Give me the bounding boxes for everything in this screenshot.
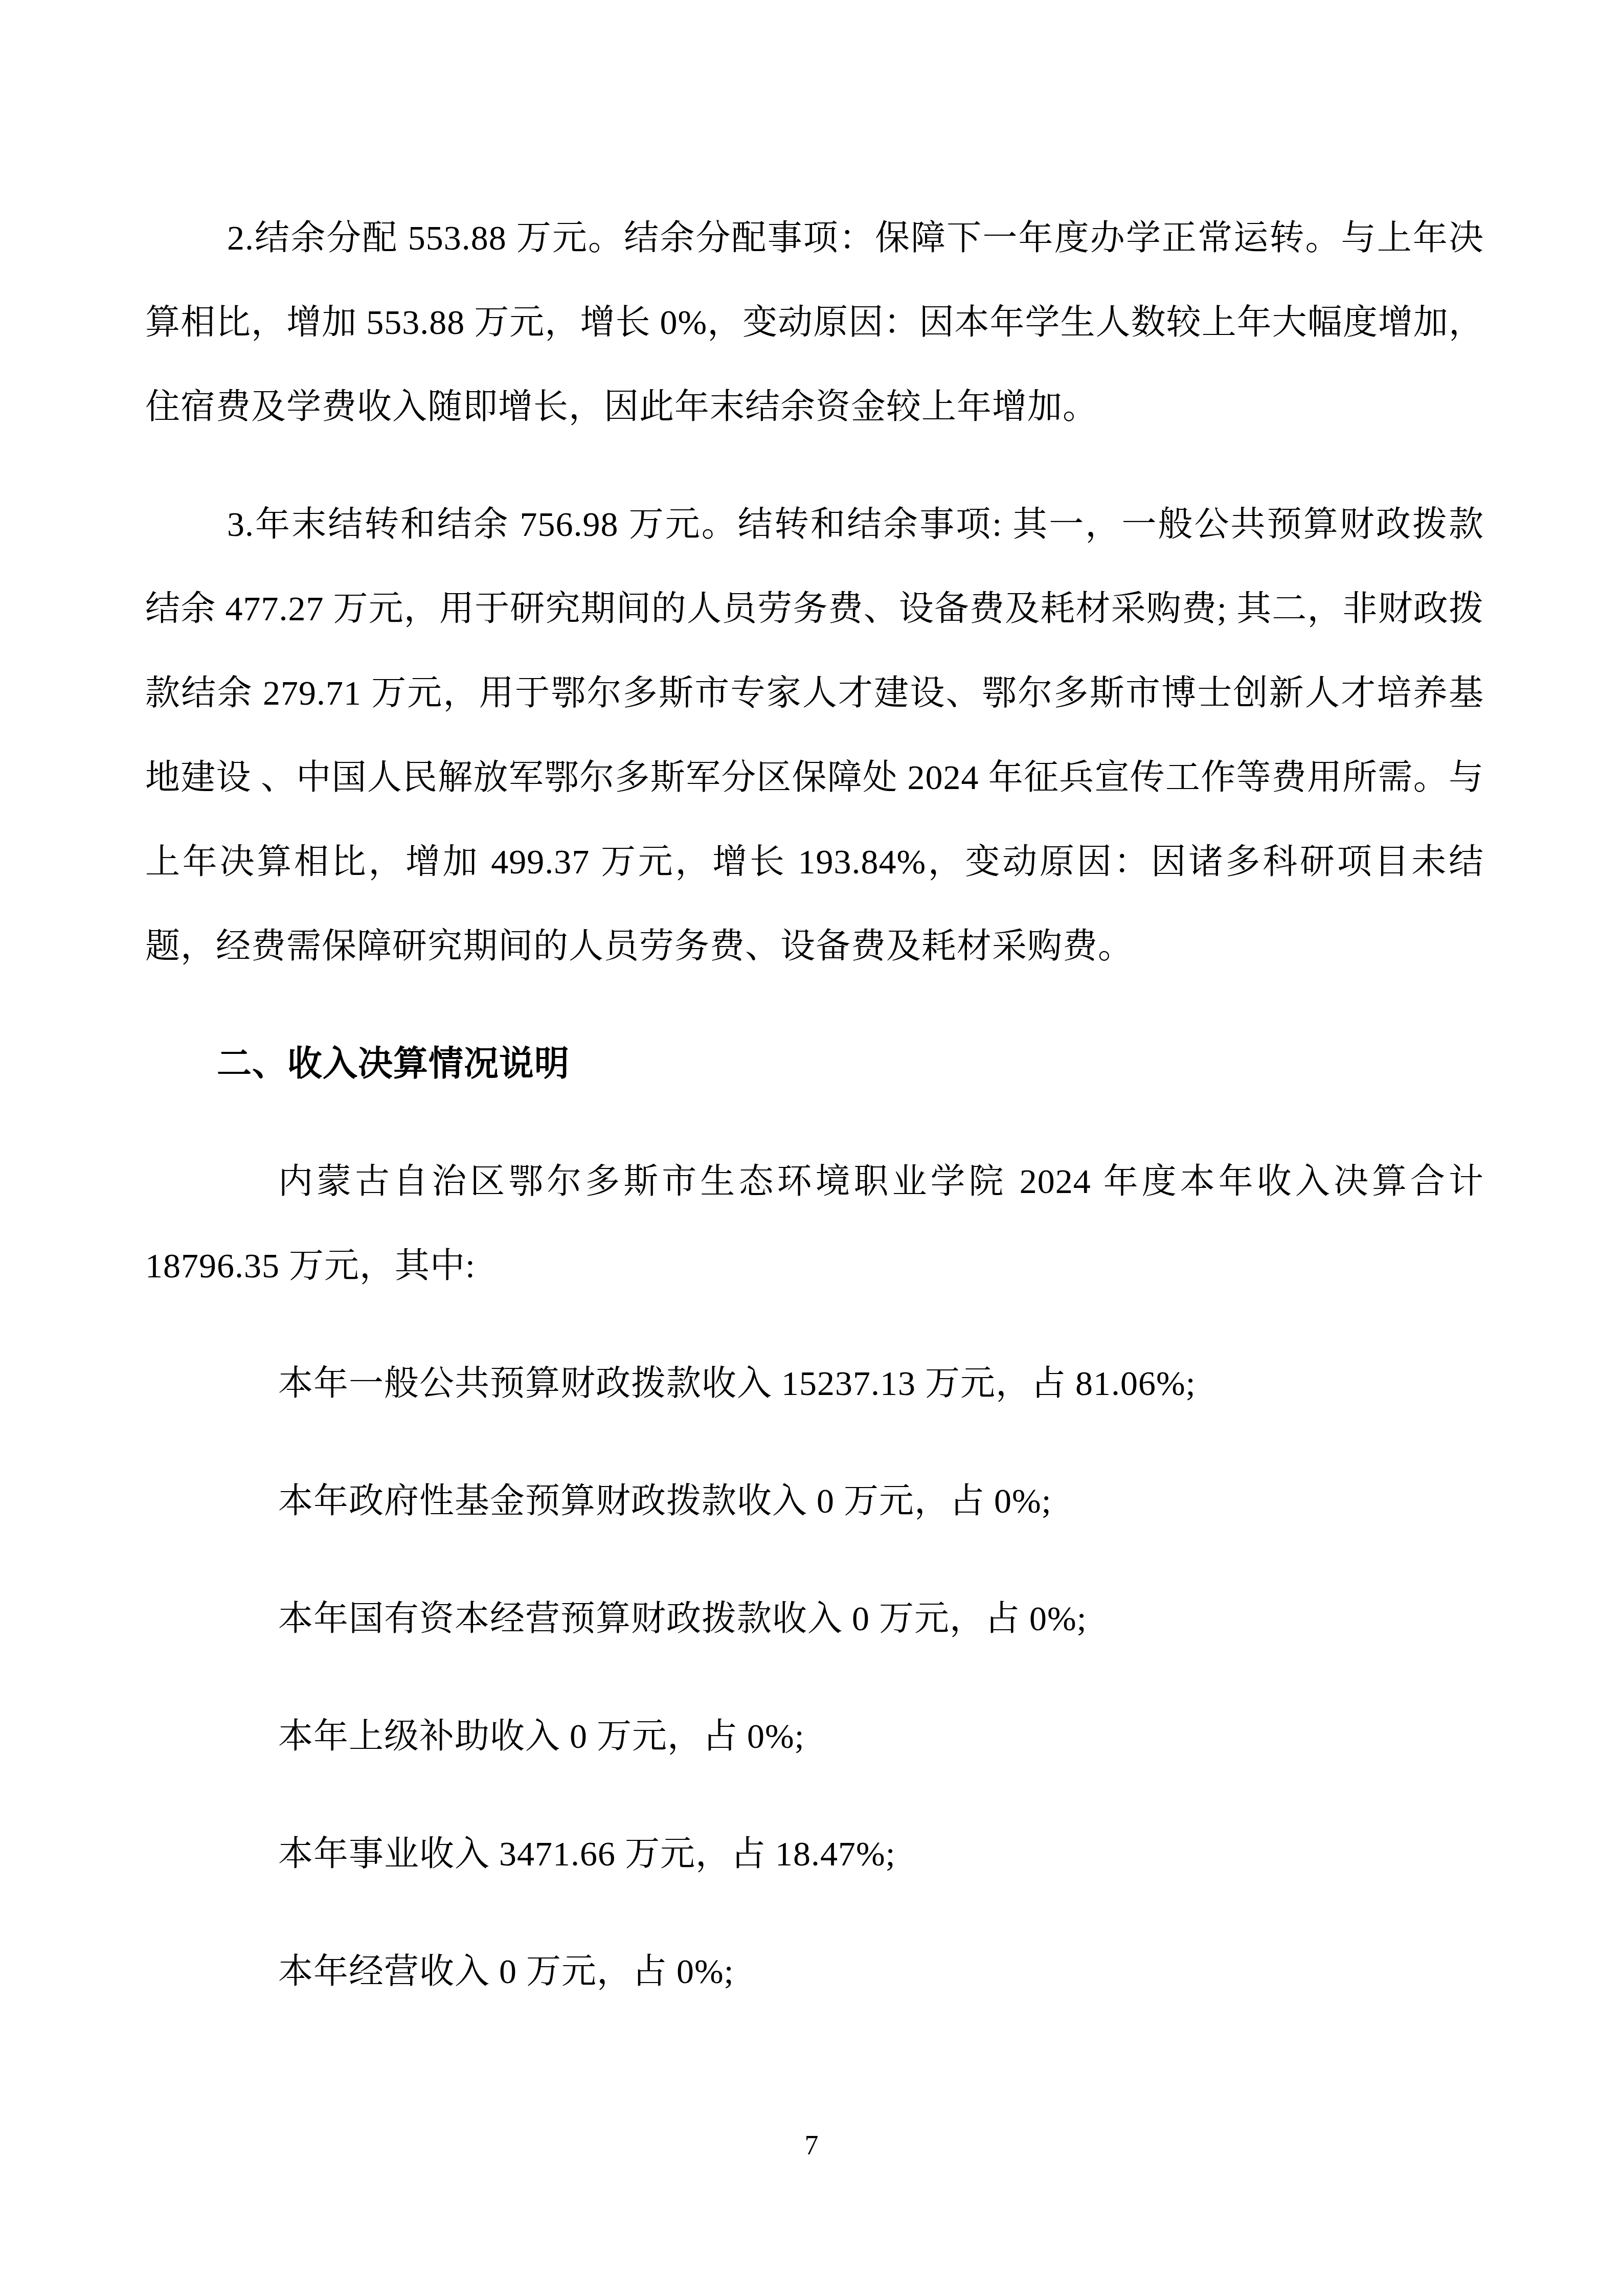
document-page: 2.结余分配 553.88 万元。结余分配事项：保障下一年度办学正常运转。与上年… (0, 0, 1623, 2296)
income-item-superior-subsidy: 本年上级补助收入 0 万元，占 0%; (145, 1694, 1484, 1779)
income-item-institutional-income: 本年事业收入 3471.66 万元，占 18.47%; (145, 1812, 1484, 1896)
section-heading-income-statement: 二、收入决算情况说明 (145, 1022, 1484, 1106)
income-item-state-capital-budget: 本年国有资本经营预算财政拨款收入 0 万元，占 0%; (145, 1577, 1484, 1661)
income-item-general-public-budget: 本年一般公共预算财政拨款收入 15237.13 万元，占 81.06%; (145, 1341, 1484, 1426)
paragraph-yearend-carryover: 3.年末结转和结余 756.98 万元。结转和结余事项: 其一，一般公共预算财政… (145, 482, 1484, 988)
paragraph-income-total-intro: 内蒙古自治区鄂尔多斯市生态环境职业学院 2024 年度本年收入决算合计 1879… (145, 1139, 1484, 1308)
income-item-government-fund-budget: 本年政府性基金预算财政拨款收入 0 万元，占 0%; (145, 1459, 1484, 1543)
document-body: 2.结余分配 553.88 万元。结余分配事项：保障下一年度办学正常运转。与上年… (145, 196, 1484, 2047)
paragraph-surplus-allocation: 2.结余分配 553.88 万元。结余分配事项：保障下一年度办学正常运转。与上年… (145, 196, 1484, 449)
page-number: 7 (0, 2127, 1623, 2163)
income-item-operating-income: 本年经营收入 0 万元，占 0%; (145, 1929, 1484, 2014)
